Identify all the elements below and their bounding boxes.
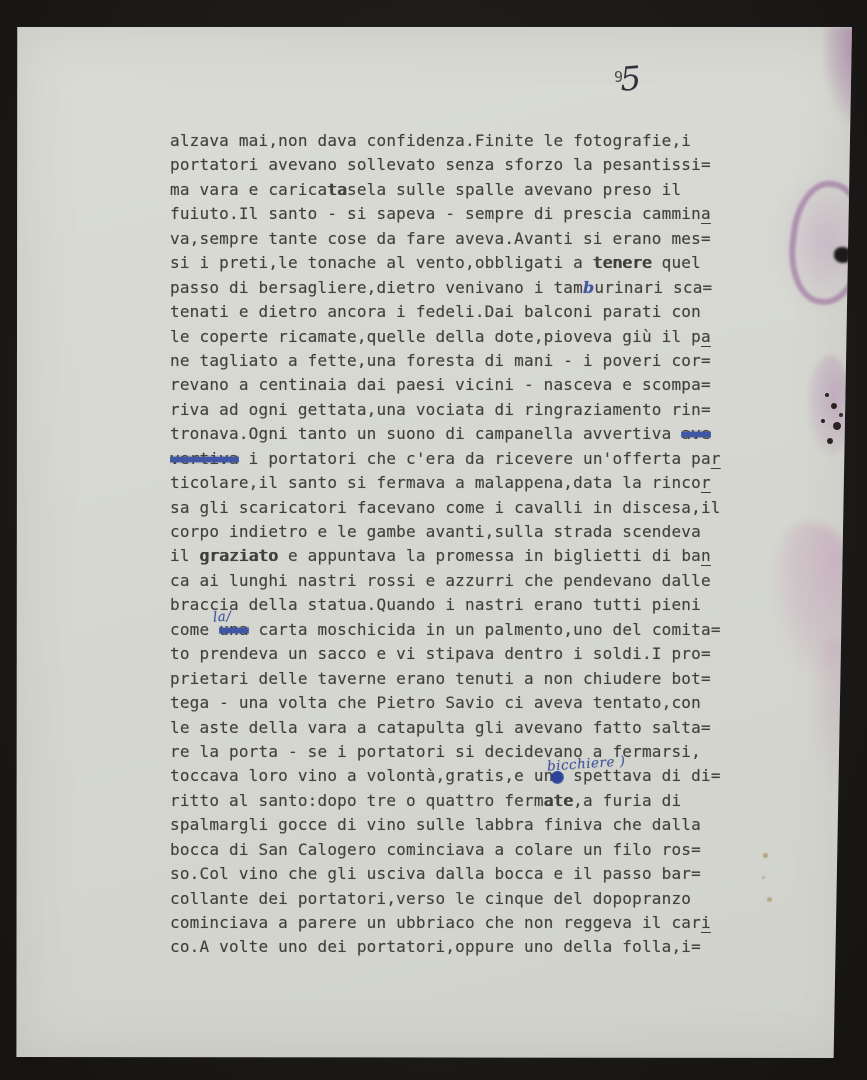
typed-line: vertiva i portatori che c'era da ricever… [170,447,721,471]
large-pink-stain [776,523,858,673]
typed-text-run: co.A volte uno dei portatori,oppure uno … [170,937,701,956]
typed-text-run: le aste della vara a catapulta gli aveva… [170,718,711,737]
typed-text-run: toccava loro vino a volontà,gratis,e un [170,766,553,785]
typed-line: va,sempre tante cose da fare aveva.Avant… [170,227,721,251]
typed-text-run: il [170,546,200,565]
page-number: 95 [614,59,641,103]
page-number-handwritten: 5 [619,58,643,98]
typed-line: ticolare,il santo si fermava a malappena… [170,471,721,495]
typed-text-run: tenati e dietro ancora i fedeli.Dai balc… [170,302,701,321]
typed-text-run: fuiuto.Il santo - si sapeva - sempre di … [170,204,701,223]
underlined-text-run: a [701,327,711,346]
typed-line: le coperte ricamate,quelle della dote,pi… [170,325,721,349]
typed-text-run: to prendeva un sacco e vi stipava dentro… [170,644,711,663]
typed-text-run: i portatori che c'era da ricevere un'off… [239,449,711,468]
typed-line: alzava mai,non dava confidenza.Finite le… [170,129,721,153]
typed-line: come unala/ carta moschicida in un palme… [170,618,721,642]
typed-line: bocca di San Calogero cominciava a colar… [170,838,721,862]
scanned-page-background: 95 alzava mai,non dava confidenza.Finite… [0,0,867,1080]
typed-line: to prendeva un sacco e vi stipava dentro… [170,642,721,666]
underlined-text-run: r [701,473,711,492]
handwritten-insert-letter: b [583,278,594,297]
ink-blot-letter: obicchiere ) [553,766,563,785]
typed-text-run: ca ai lunghi nastri rossi e azzurri che … [170,571,711,590]
manuscript-page: 95 alzava mai,non dava confidenza.Finite… [16,27,852,1058]
typed-line: cominciava a parere un ubbriaco che non … [170,911,721,935]
typed-line: le aste della vara a catapulta gli aveva… [170,716,721,740]
typed-line: ma vara e caricatasela sulle spalle avev… [170,178,721,202]
typed-text-run: ma vara e carica [170,180,327,199]
typed-text-run: come [170,620,219,639]
typed-line: re la porta - se i portatori si decideva… [170,740,721,764]
typed-line: co.A volte uno dei portatori,oppure uno … [170,935,721,959]
typed-text-run: alzava mai,non dava confidenza.Finite le… [170,131,691,150]
typed-text-run: si i preti,le tonache al vento,obbligati… [170,253,593,272]
typed-line: spalmargli gocce di vino sulle labbra fi… [170,813,721,837]
typed-text-run: ritto al santo:dopo tre o quattro ferm [170,791,544,810]
typed-line: portatori avevano sollevato senza sforzo… [170,153,721,177]
typed-text-run: cominciava a parere un ubbriaco che non … [170,913,701,932]
underlined-text-run: r [711,449,721,468]
typed-text-run: quel [652,253,701,272]
typed-text-run: e appuntava la promessa in biglietti di … [278,546,701,565]
ring-stain-halo [774,167,867,312]
typed-text-run: le coperte ricamate,quelle della dote,pi… [170,327,701,346]
pink-stain-tail [812,637,854,787]
typed-text-run: spalmargli gocce di vino sulle labbra fi… [170,815,701,834]
typed-text-run: prietari delle taverne erano tenuti a no… [170,669,711,688]
typed-text: alzava mai,non dava confidenza.Finite le… [170,129,721,960]
typed-line: prietari delle taverne erano tenuti a no… [170,667,721,691]
typed-line: ne tagliato a fette,una foresta di mani … [170,349,721,373]
typed-text-run: tronava.Ogni tanto un suono di campanell… [170,424,681,443]
typed-text-run: riva ad ogni gettata,una vociata di ring… [170,400,711,419]
typed-text-run: carta moschicida in un palmento,uno del … [249,620,721,639]
ring-stain [783,177,867,309]
typed-text-run: revano a centinaia dai paesi vicini - na… [170,375,711,394]
typed-text-run: ,a furia di [573,791,681,810]
typed-text-run: corpo indietro e le gambe avanti,sulla s… [170,522,701,541]
typed-line: so.Col vino che gli usciva dalla bocca e… [170,862,721,886]
typed-line: collante dei portatori,verso le cinque d… [170,887,721,911]
typed-text-run: so.Col vino che gli usciva dalla bocca e… [170,864,701,883]
overstruck-text-run: ta [327,180,347,199]
typed-line: tega - una volta che Pietro Savio ci ave… [170,691,721,715]
typed-text-run: portatori avevano sollevato senza sforzo… [170,155,711,174]
typed-text-run: ticolare,il santo si fermava a malappena… [170,473,701,492]
typed-line: si i preti,le tonache al vento,obbligati… [170,251,721,275]
handwritten-note: la/ [213,611,232,626]
blue-strikethrough-run: unala/ [219,620,249,639]
typed-text-run: bocca di San Calogero cominciava a colar… [170,840,701,859]
underlined-text-run: n [701,546,711,565]
typed-text-run: passo di bersagliere,dietro venivano i t… [170,278,583,297]
typed-text-run: va,sempre tante cose da fare aveva.Avant… [170,229,711,248]
typed-text-run: urinari sca= [594,278,712,297]
typed-line: riva ad ogni gettata,una vociata di ring… [170,398,721,422]
overstruck-text-run: tenere [593,253,652,272]
overstruck-text-run: graziato [200,546,279,565]
blue-strikethrough-run: vertiva [170,449,239,468]
ring-stain-dark-spot [834,247,852,263]
typed-line: ritto al santo:dopo tre o quattro fermat… [170,789,721,813]
typed-line: tenati e dietro ancora i fedeli.Dai balc… [170,300,721,324]
typed-line: ca ai lunghi nastri rossi e azzurri che … [170,569,721,593]
typed-line: braccia della statua.Quando i nastri era… [170,593,721,617]
typed-line: tronava.Ogni tanto un suono di campanell… [170,422,721,446]
corner-ink-stain [824,27,867,127]
typed-line: fuiuto.Il santo - si sapeva - sempre di … [170,202,721,226]
typed-text-run: tega - una volta che Pietro Savio ci ave… [170,693,701,712]
underlined-text-run: a [701,204,711,223]
overstruck-text-run: ate [544,791,574,810]
typed-line: il graziato e appuntava la promessa in b… [170,544,721,568]
typed-text-run: ne tagliato a fette,una foresta di mani … [170,351,711,370]
typed-line: sa gli scaricatori facevano come i caval… [170,496,721,520]
typed-line: toccava loro vino a volontà,gratis,e uno… [170,764,721,788]
dark-speckles [825,393,829,397]
typed-text-run: braccia della statua.Quando i nastri era… [170,595,701,614]
underlined-text-run: i [701,913,711,932]
typed-text-run: sela sulle spalle avevano preso il [347,180,681,199]
blue-strikethrough-run: ave [681,424,711,443]
purple-blob-stain [808,355,852,455]
typed-line: revano a centinaia dai paesi vicini - na… [170,373,721,397]
typed-line: corpo indietro e le gambe avanti,sulla s… [170,520,721,544]
typed-line: passo di bersagliere,dietro venivano i t… [170,276,721,300]
typed-text-run: sa gli scaricatori facevano come i caval… [170,498,721,517]
typed-text-run: collante dei portatori,verso le cinque d… [170,889,691,908]
brown-foxing-dots [763,853,768,858]
